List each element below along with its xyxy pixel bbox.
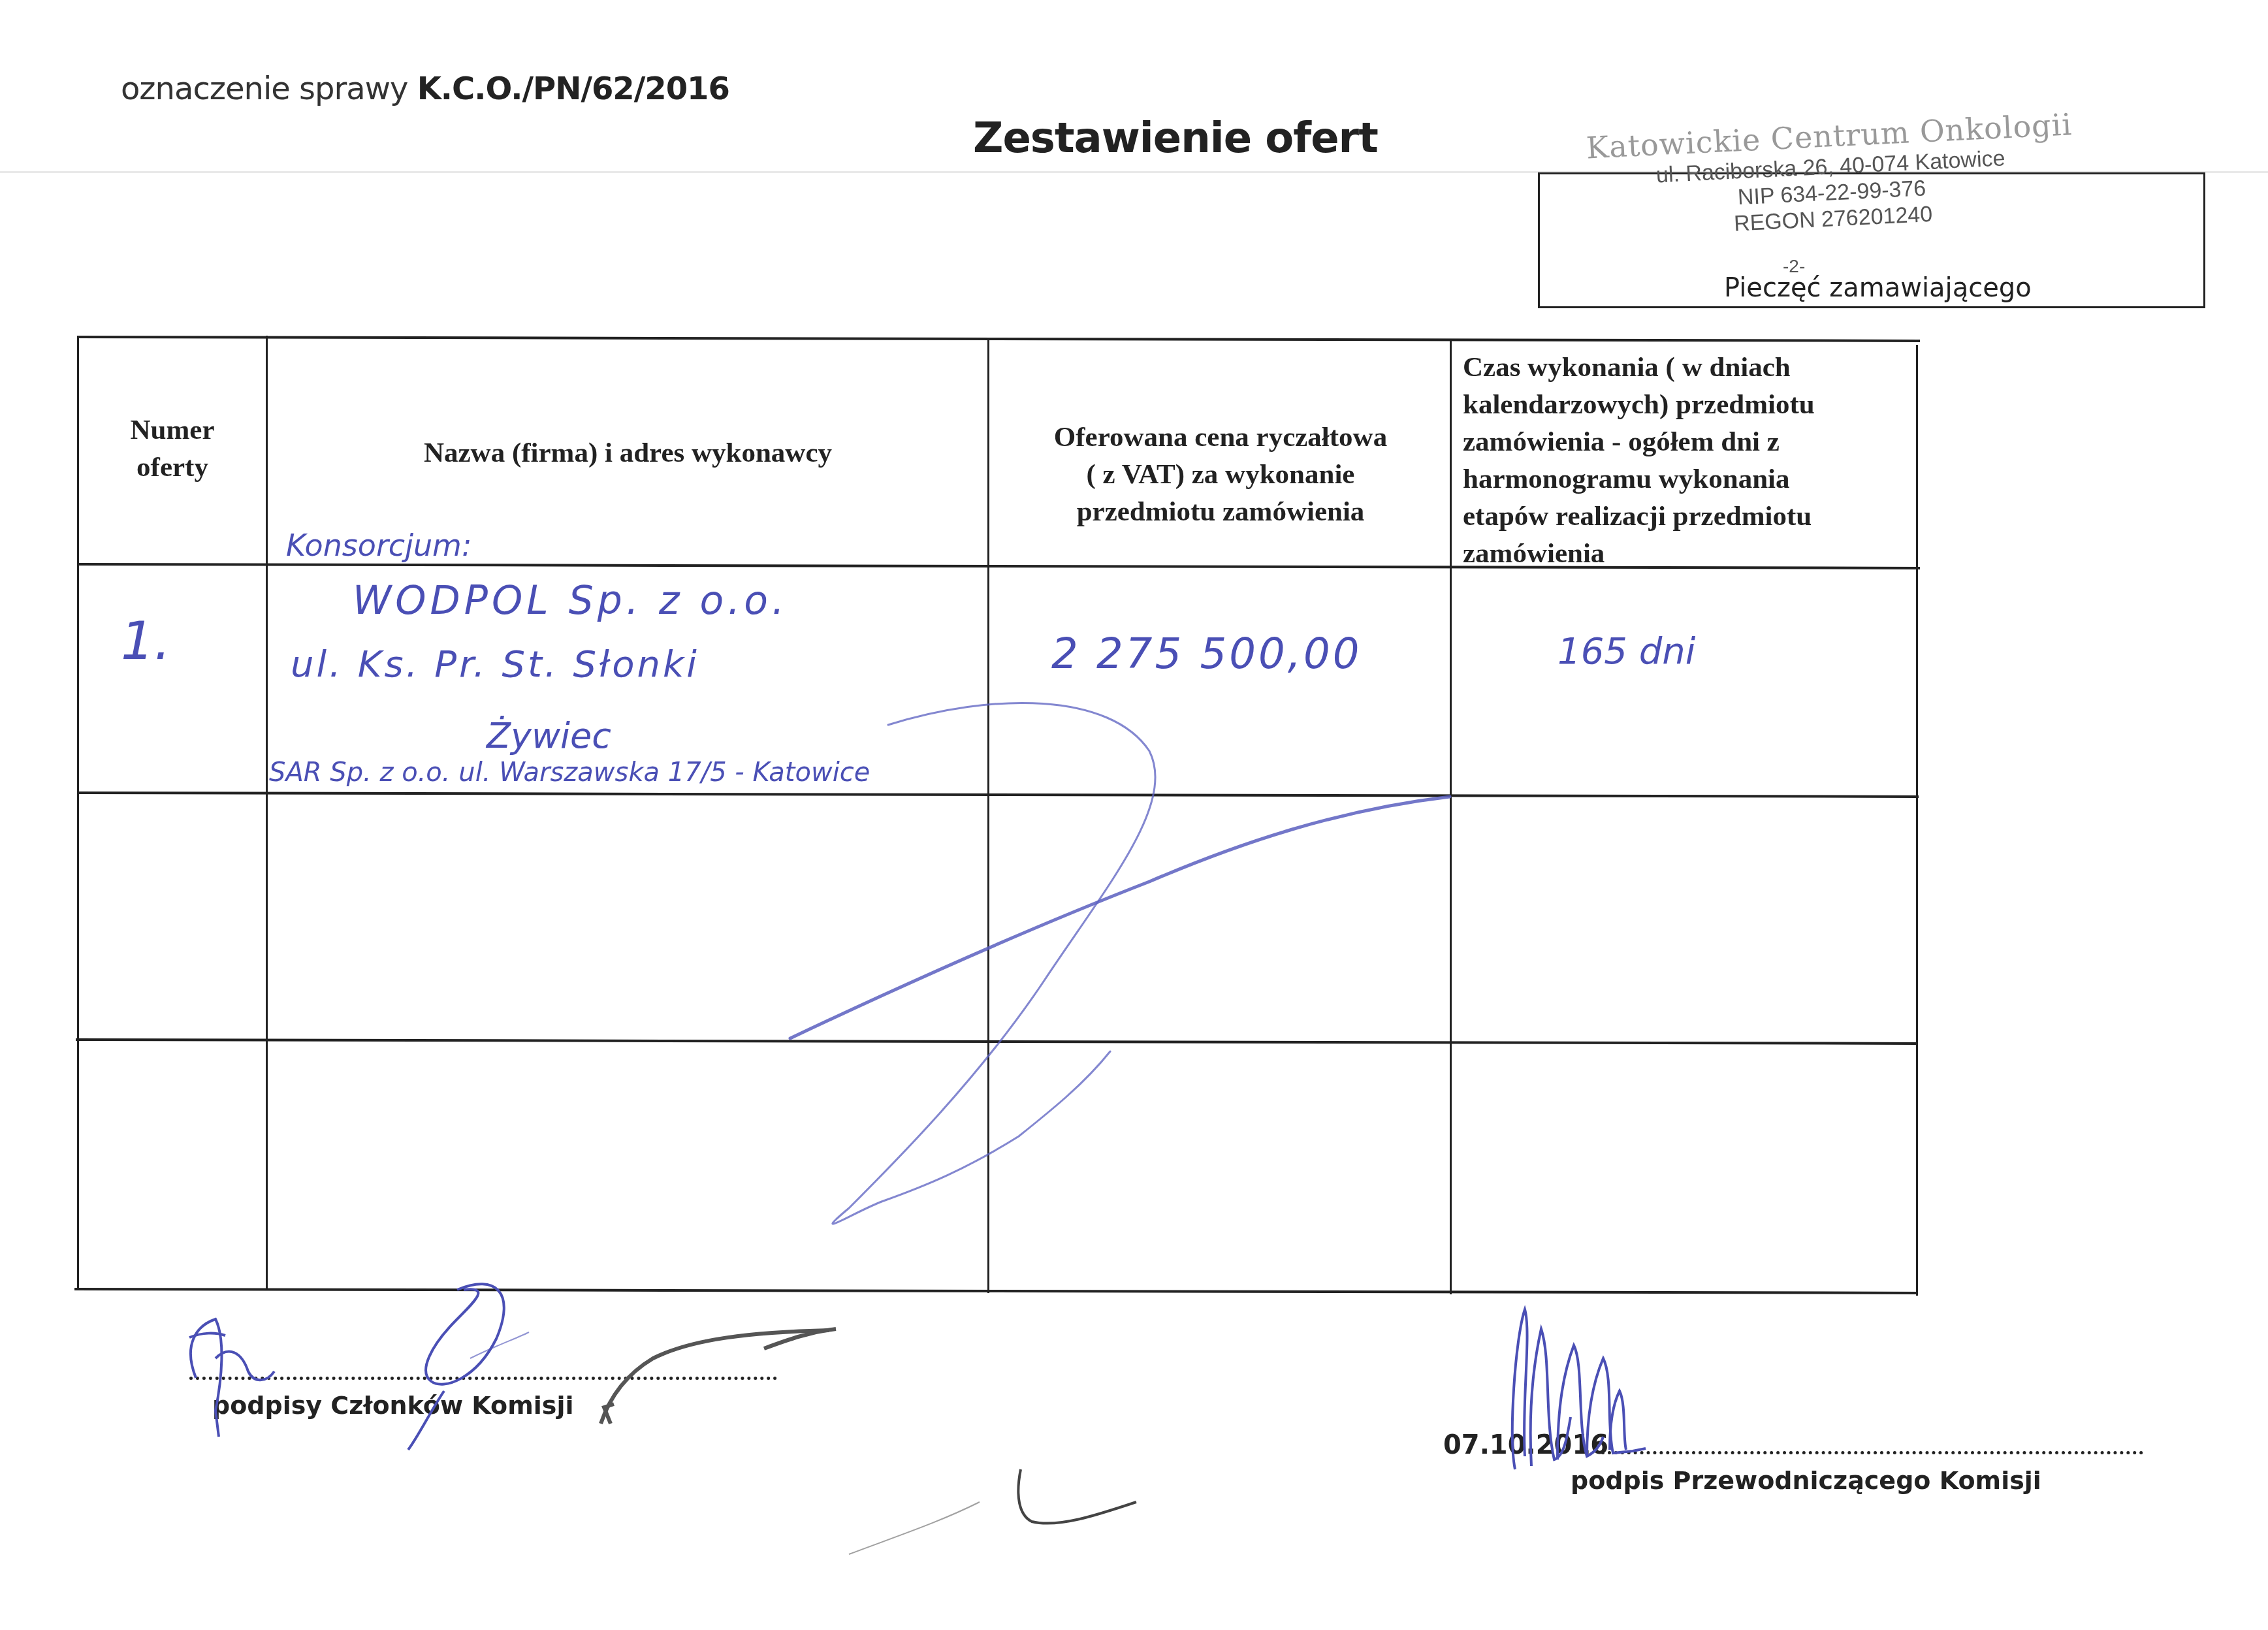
header-line: Nazwa (firma) i adres wykonawcy bbox=[268, 434, 988, 471]
header-line: Czas wykonania ( w dniach bbox=[1463, 349, 1913, 386]
contractor-name: WODPOL Sp. z o.o. bbox=[353, 578, 788, 624]
consortium-partner: SAR Sp. z o.o. ul. Warszawska 17/5 - Kat… bbox=[269, 758, 870, 788]
pencil-stroke bbox=[849, 1469, 1136, 1554]
case-label: oznaczenie sprawy bbox=[121, 71, 407, 107]
contractor-note: Konsorcjum: bbox=[286, 528, 471, 563]
members-signature-line bbox=[189, 1377, 777, 1380]
table-border-bottom bbox=[74, 1288, 1916, 1294]
column-header-number: Numer oferty bbox=[78, 411, 266, 486]
header-line: ( z VAT) za wykonanie bbox=[995, 456, 1446, 493]
column-header-price: Oferowana cena ryczałtowa ( z VAT) za wy… bbox=[995, 419, 1446, 530]
offer-number: 1. bbox=[121, 611, 170, 671]
contractor-address: ul. Ks. Pr. St. Słonki bbox=[291, 643, 699, 686]
table-border-top bbox=[78, 336, 1920, 342]
table-col-divider bbox=[987, 338, 989, 1293]
signature-date: 07.10.2016 bbox=[1443, 1430, 1608, 1460]
header-line: Numer bbox=[78, 411, 266, 449]
members-signature-label: podpisy Członków Komisji bbox=[212, 1391, 574, 1420]
table-border-right bbox=[1916, 345, 1918, 1296]
offer-duration: 165 dni bbox=[1557, 630, 1695, 673]
chair-signature-line bbox=[1601, 1451, 2143, 1454]
chair-signature-label: podpis Przewodniczącego Komisji bbox=[1571, 1466, 2041, 1495]
contractor-city: Żywiec bbox=[487, 715, 611, 756]
table-col-divider bbox=[1450, 340, 1452, 1294]
header-line: przedmiotu zamówienia bbox=[995, 493, 1446, 530]
case-number: K.C.O./PN/62/2016 bbox=[417, 71, 729, 107]
table-row-divider bbox=[76, 1038, 1917, 1045]
header-line: zamówienia - ogółem dni z bbox=[1463, 423, 1913, 460]
document-title: Zestawienie ofert bbox=[973, 114, 1378, 163]
organization-stamp: Katowickie Centrum Onkologii ul. Racibor… bbox=[1580, 106, 2082, 244]
cancellation-stroke bbox=[790, 703, 1450, 1224]
case-designation: oznaczenie sprawy K.C.O./PN/62/2016 bbox=[121, 71, 729, 107]
table-row-divider bbox=[77, 791, 1919, 798]
header-line: etapów realizacji przedmiotu bbox=[1463, 498, 1913, 535]
header-line: kalendarzowych) przedmiotu bbox=[1463, 386, 1913, 423]
member-signature-2 bbox=[408, 1284, 529, 1450]
column-header-duration: Czas wykonania ( w dniach kalendarzowych… bbox=[1463, 349, 1913, 572]
column-header-contractor: Nazwa (firma) i adres wykonawcy bbox=[268, 434, 988, 471]
offer-price: 2 275 500,00 bbox=[1051, 630, 1362, 679]
stamp-label: Pieczęć zamawiającego bbox=[1724, 273, 2032, 303]
header-line: harmonogramu wykonania bbox=[1463, 460, 1913, 498]
header-line: zamówienia bbox=[1463, 535, 1913, 572]
header-line: oferty bbox=[78, 449, 266, 486]
header-line: Oferowana cena ryczałtowa bbox=[995, 419, 1446, 456]
